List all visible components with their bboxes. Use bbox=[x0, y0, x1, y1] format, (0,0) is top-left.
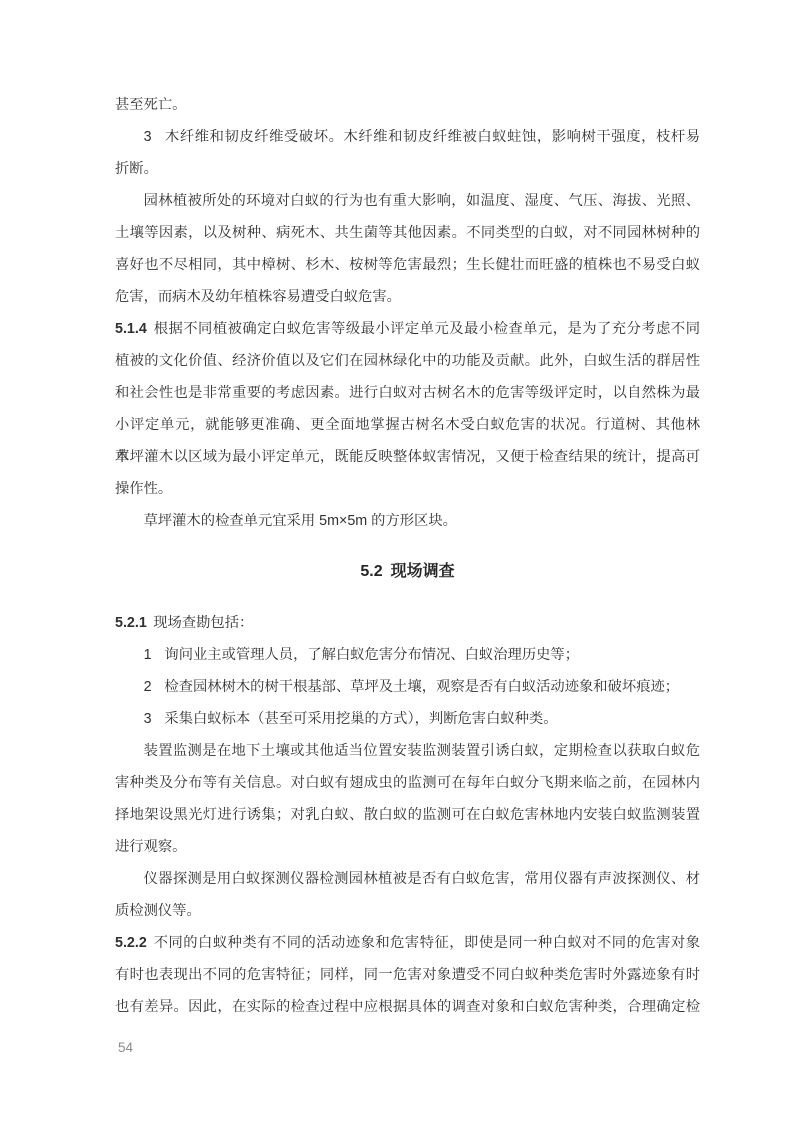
body-text-line: 折断。 bbox=[115, 153, 700, 185]
page-number: 54 bbox=[118, 1040, 133, 1056]
body-text-line: 5.1.4根据不同植被确定白蚁危害等级最小评定单元及最小检查单元，是为了充分考虑… bbox=[115, 313, 700, 345]
survey-item-1: 1询问业主或管理人员，了解白蚁危害分布情况、白蚁治理历史等； bbox=[115, 639, 700, 671]
clause-number: 5.1.4 bbox=[115, 321, 147, 337]
survey-item-3: 3采集白蚁标本（甚至可采用挖巢的方式），判断危害白蚁种类。 bbox=[115, 703, 700, 735]
section-heading-5-2: 5.2现场调查 bbox=[115, 556, 700, 588]
body-text-line: 也有差异。因此，在实际的检查过程中应根据具体的调查对象和白蚁危害种类，合理确定检 bbox=[115, 991, 700, 1023]
body-text-line: 害种类及分布等有关信息。对白蚁有翅成虫的监测可在每年白蚁分飞期来临之前，在园林内 bbox=[115, 767, 700, 799]
item-number: 1 bbox=[144, 647, 152, 663]
survey-item-2: 2检查园林树木的树干根基部、草坪及土壤，观察是否有白蚁活动迹象和破坏痕迹； bbox=[115, 671, 700, 703]
body-text-line: 小评定单元，就能够更准确、更全面地掌握古树名木受白蚁危害的状况。行道树、其他林木… bbox=[115, 409, 700, 441]
body-text-line: 危害，而病木及幼年植株容易遭受白蚁危害。 bbox=[115, 281, 700, 313]
line-text: 检查园林树木的树干根基部、草坪及土壤，观察是否有白蚁活动迹象和破坏痕迹； bbox=[164, 679, 679, 695]
heading-number: 5.2 bbox=[360, 563, 382, 580]
body-text-line: 喜好也不尽相同，其中樟树、杉木、桉树等危害最烈；生长健壮而旺盛的植株也不易受白蚁 bbox=[115, 249, 700, 281]
item-number: 3 bbox=[144, 711, 152, 727]
line-text: 采集白蚁标本（甚至可采用挖巢的方式），判断危害白蚁种类。 bbox=[164, 711, 557, 727]
body-text-line: 择地架设黑光灯进行诱集；对乳白蚁、散白蚁的监测可在白蚁危害林地内安装白蚁监测装置 bbox=[115, 799, 700, 831]
body-text-line: 操作性。 bbox=[115, 473, 700, 505]
body-text-line: 植被的文化价值、经济价值以及它们在园林绿化中的功能及贡献。此外，白蚁生活的群居性 bbox=[115, 345, 700, 377]
line-text: 根据不同植被确定白蚁危害等级最小评定单元及最小检查单元，是为了充分考虑不同 bbox=[153, 321, 700, 337]
line-text: 不同的白蚁种类有不同的活动迹象和危害特征，即使是同一种白蚁对不同的危害对象 bbox=[153, 935, 700, 951]
body-text-line: 有时也表现出不同的危害特征；同样，同一危害对象遭受不同白蚁种类危害时外露迹象有时 bbox=[115, 959, 700, 991]
paragraph-device-monitoring: 装置监测是在地下土壤或其他适当位置安装监测装置引诱白蚁，定期检查以获取白蚁危 害… bbox=[115, 735, 700, 863]
clause-number: 5.2.2 bbox=[115, 935, 147, 951]
body-text-line: 装置监测是在地下土壤或其他适当位置安装监测装置引诱白蚁，定期检查以获取白蚁危 bbox=[115, 735, 700, 767]
line-text: 询问业主或管理人员，了解白蚁危害分布情况、白蚁治理历史等； bbox=[164, 647, 579, 663]
document-page: 甚至死亡。 3木纤维和韧皮纤维受破坏。木纤维和韧皮纤维被白蚁蛀蚀，影响树干强度，… bbox=[0, 0, 800, 1130]
body-text-line: 3木纤维和韧皮纤维受破坏。木纤维和韧皮纤维被白蚁蛀蚀，影响树干强度，枝杆易 bbox=[115, 121, 700, 153]
body-text-line: 1询问业主或管理人员，了解白蚁危害分布情况、白蚁治理历史等； bbox=[115, 639, 700, 671]
heading-title: 现场调查 bbox=[391, 563, 455, 580]
body-text-line: 3采集白蚁标本（甚至可采用挖巢的方式），判断危害白蚁种类。 bbox=[115, 703, 700, 735]
body-text-line: 5.2.2不同的白蚁种类有不同的活动迹象和危害特征，即使是同一种白蚁对不同的危害… bbox=[115, 927, 700, 959]
body-text-line: 进行观察。 bbox=[115, 831, 700, 863]
body-text-line: 5.2.1现场查勘包括： bbox=[115, 607, 700, 639]
body-text-line: 仪器探测是用白蚁探测仪器检测园林植被是否有白蚁危害，常用仪器有声波探测仪、材 bbox=[115, 863, 700, 895]
body-text-line: 2检查园林树木的树干根基部、草坪及土壤，观察是否有白蚁活动迹象和破坏痕迹； bbox=[115, 671, 700, 703]
item-number: 3 bbox=[144, 129, 152, 145]
body-text-line: 园林植被所处的环境对白蚁的行为也有重大影响，如温度、湿度、气压、海拔、光照、 bbox=[115, 185, 700, 217]
body-text-line: 草坪灌木的检查单元宜采用 5m×5m 的方形区块。 bbox=[115, 505, 700, 537]
paragraph-environment: 园林植被所处的环境对白蚁的行为也有重大影响，如温度、湿度、气压、海拔、光照、 土… bbox=[115, 185, 700, 313]
line-text: 现场查勘包括： bbox=[153, 615, 253, 631]
clause-5-2-1: 5.2.1现场查勘包括： bbox=[115, 607, 700, 639]
paragraph-continuation: 甚至死亡。 bbox=[115, 89, 700, 121]
line-text: 木纤维和韧皮纤维受破坏。木纤维和韧皮纤维被白蚁蛀蚀，影响树干强度，枝杆易 bbox=[164, 129, 700, 145]
item-number: 2 bbox=[144, 679, 152, 695]
body-text-line: 和社会性也是非常重要的考虑因素。进行白蚁对古树名木的危害等级评定时，以自然株为最 bbox=[115, 377, 700, 409]
clause-number: 5.2.1 bbox=[115, 615, 147, 631]
body-text-line: 甚至死亡。 bbox=[115, 89, 700, 121]
body-text-line: 草坪灌木以区域为最小评定单元，既能反映整体蚁害情况，又便于检查结果的统计，提高可 bbox=[115, 441, 700, 473]
body-text-line: 质检测仪等。 bbox=[115, 895, 700, 927]
body-text-line: 土壤等因素，以及树种、病死木、共生菌等其他因素。不同类型的白蚁，对不同园林树种的 bbox=[115, 217, 700, 249]
paragraph-instrument-detection: 仪器探测是用白蚁探测仪器检测园林植被是否有白蚁危害，常用仪器有声波探测仪、材 质… bbox=[115, 863, 700, 927]
document-body: 甚至死亡。 3木纤维和韧皮纤维受破坏。木纤维和韧皮纤维被白蚁蛀蚀，影响树干强度，… bbox=[115, 89, 700, 1023]
paragraph-lawn-unit: 草坪灌木的检查单元宜采用 5m×5m 的方形区块。 bbox=[115, 505, 700, 537]
list-item-wood-fiber: 3木纤维和韧皮纤维受破坏。木纤维和韧皮纤维被白蚁蛀蚀，影响树干强度，枝杆易 折断… bbox=[115, 121, 700, 185]
clause-5-2-2: 5.2.2不同的白蚁种类有不同的活动迹象和危害特征，即使是同一种白蚁对不同的危害… bbox=[115, 927, 700, 1023]
clause-5-1-4: 5.1.4根据不同植被确定白蚁危害等级最小评定单元及最小检查单元，是为了充分考虑… bbox=[115, 313, 700, 505]
